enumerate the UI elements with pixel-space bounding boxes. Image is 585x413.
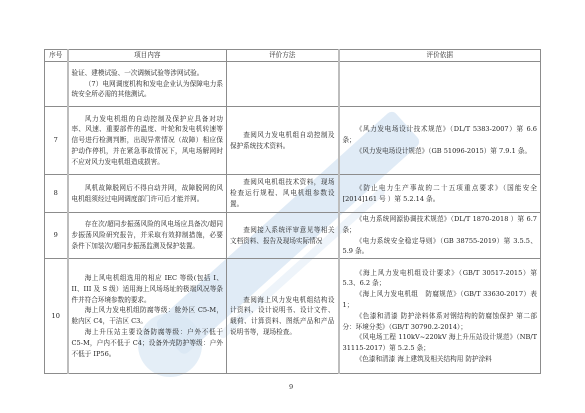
row-content: 存在次/超同步振荡风险的风电场应具备次/超同步振荡风险研究报告，并采取有效抑制措… bbox=[68, 213, 227, 259]
row-seq: 9 bbox=[45, 213, 68, 259]
row-seq bbox=[45, 62, 68, 107]
row-basis: 《防止电力生产事故的二十五项重点要求》（国能安全[2014]161 号 ）第 5… bbox=[339, 175, 541, 213]
table-row: 10 海上风电机组选用的相应 IEC 等级(包括 I、II、III 及 S 级）… bbox=[45, 259, 541, 374]
row-method: 查阅海上风力发电机组结构设计资料、设计说明书、设计文件、载荷、计算资料、图纸产品… bbox=[227, 259, 339, 374]
header-seq: 序号 bbox=[45, 50, 68, 62]
header-basis: 评价依据 bbox=[339, 50, 541, 62]
row-basis: 《风力发电场设计技术规范》（DL/T 5383-2007）第 6.6 条； 《风… bbox=[339, 107, 541, 175]
row-method: 查阅风力发电机组自动控制及保护系统技术资料。 bbox=[227, 107, 339, 175]
evaluation-table: 序号 项目内容 评价方法 评价依据 验证、建模试验、一次调频试验等涉网试验。 （… bbox=[44, 49, 541, 374]
row-content: 海上风电机组选用的相应 IEC 等级(包括 I、II、III 及 S 级）适用海… bbox=[68, 259, 227, 374]
row-method: 查阅风电机组技术资料，现场检查运行规程、风电机组参数设置。 bbox=[227, 175, 339, 213]
table-row: 验证、建模试验、一次调频试验等涉网试验。 （7）电网调度机构和发电企业认为保障电… bbox=[45, 62, 541, 107]
row-content: 风力发电机组的自动控制及保护应具备对功率、风速、重要部件的温度、叶轮和发电机转速… bbox=[68, 107, 227, 175]
row-basis bbox=[339, 62, 541, 107]
table-row: 9 存在次/超同步振荡风险的风电场应具备次/超同步振荡风险研究报告，并采取有效抑… bbox=[45, 213, 541, 259]
page-number: 9 bbox=[289, 383, 293, 391]
row-seq: 7 bbox=[45, 107, 68, 175]
row-seq: 10 bbox=[45, 259, 68, 374]
row-seq: 8 bbox=[45, 175, 68, 213]
row-basis: 《海上风力发电机组设计要求》（GB/T 30517-2015）第 5.3、6.2… bbox=[339, 259, 541, 374]
header-method: 评价方法 bbox=[227, 50, 339, 62]
row-content: 风机故障脱网后不得自动并网，故障脱网的风电机组须经过电网调度部门许可后才能并网。 bbox=[68, 175, 227, 213]
row-method: 查阅接入系统评审意见等相关文档资料、报告及现场实际情况 bbox=[227, 213, 339, 259]
table-row: 8 风机故障脱网后不得自动并网，故障脱网的风电机组须经过电网调度部门许可后才能并… bbox=[45, 175, 541, 213]
table-header-row: 序号 项目内容 评价方法 评价依据 bbox=[45, 50, 541, 62]
row-method bbox=[227, 62, 339, 107]
row-basis: 《电力系统网源协调技术规范》（DL/T 1870-2018 ）第 6.7 条； … bbox=[339, 213, 541, 259]
table-row: 7 风力发电机组的自动控制及保护应具备对功率、风速、重要部件的温度、叶轮和发电机… bbox=[45, 107, 541, 175]
header-content: 项目内容 bbox=[68, 50, 227, 62]
row-content: 验证、建模试验、一次调频试验等涉网试验。 （7）电网调度机构和发电企业认为保障电… bbox=[68, 62, 227, 107]
